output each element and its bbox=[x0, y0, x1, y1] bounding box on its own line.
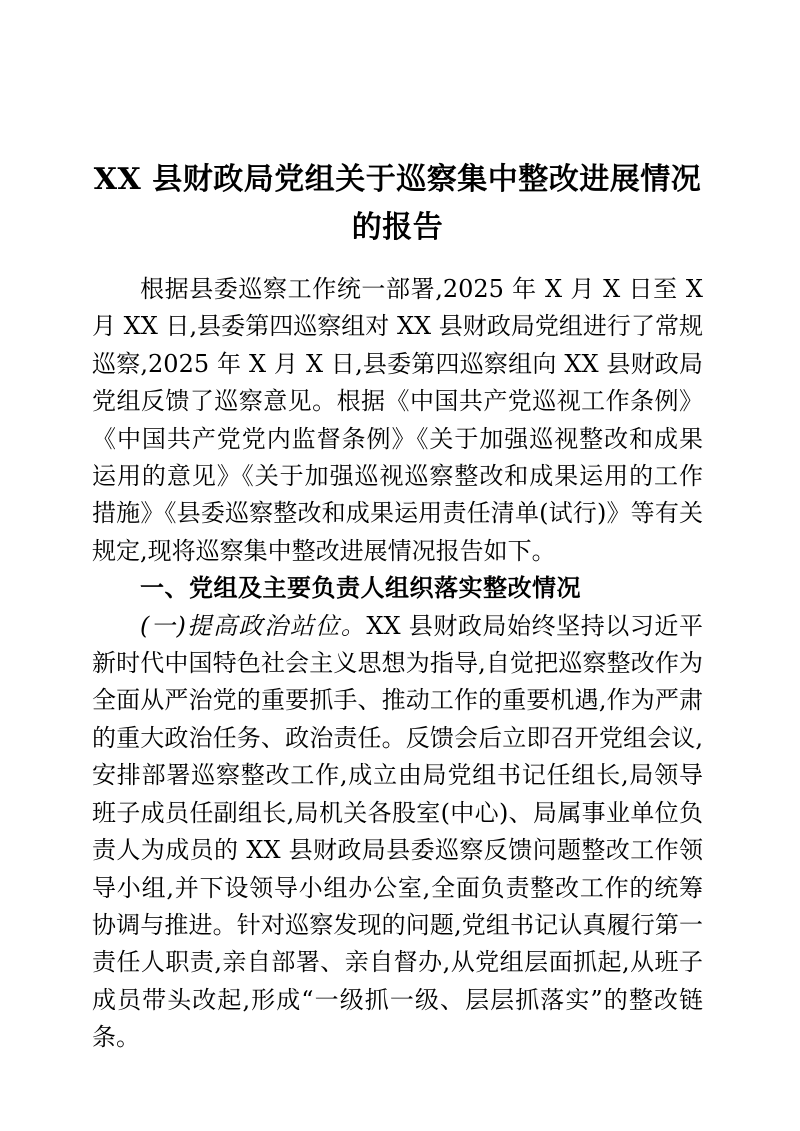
section-1-1-paragraph-segment-normal: XX 县财政局始终坚持以习近平新时代中国特色社会主义思想为指导,自觉把巡察整改作… bbox=[92, 612, 703, 1051]
document-content: XX 县财政局党组关于巡察集中整改进展情况 的报告 根据县委巡察工作统一部署,2… bbox=[92, 156, 703, 1057]
section-1-1-paragraph: (一)提高政治站位。XX 县财政局始终坚持以习近平新时代中国特色社会主义思想为指… bbox=[92, 608, 703, 1057]
section-1-1-paragraph-segment-kaiti: (一)提高政治站位。 bbox=[140, 612, 366, 640]
document-title-line-2: 的报告 bbox=[92, 204, 703, 252]
opening-paragraph: 根据县委巡察工作统一部署,2025 年 X 月 X 日至 X 月 XX 日,县委… bbox=[92, 271, 703, 570]
document-page: XX 县财政局党组关于巡察集中整改进展情况 的报告 根据县委巡察工作统一部署,2… bbox=[0, 0, 800, 1131]
document-title-line-1: XX 县财政局党组关于巡察集中整改进展情况 bbox=[92, 156, 703, 204]
document-title: XX 县财政局党组关于巡察集中整改进展情况 的报告 bbox=[92, 156, 703, 252]
document-body: 根据县委巡察工作统一部署,2025 年 X 月 X 日至 X 月 XX 日,县委… bbox=[92, 271, 703, 1057]
section-1-heading: 一、党组及主要负责人组织落实整改情况 bbox=[92, 570, 703, 607]
opening-paragraph-segment-normal: 根据县委巡察工作统一部署,2025 年 X 月 X 日至 X 月 XX 日,县委… bbox=[92, 275, 703, 565]
section-1-heading-segment-normal: 一、党组及主要负责人组织落实整改情况 bbox=[140, 574, 581, 602]
